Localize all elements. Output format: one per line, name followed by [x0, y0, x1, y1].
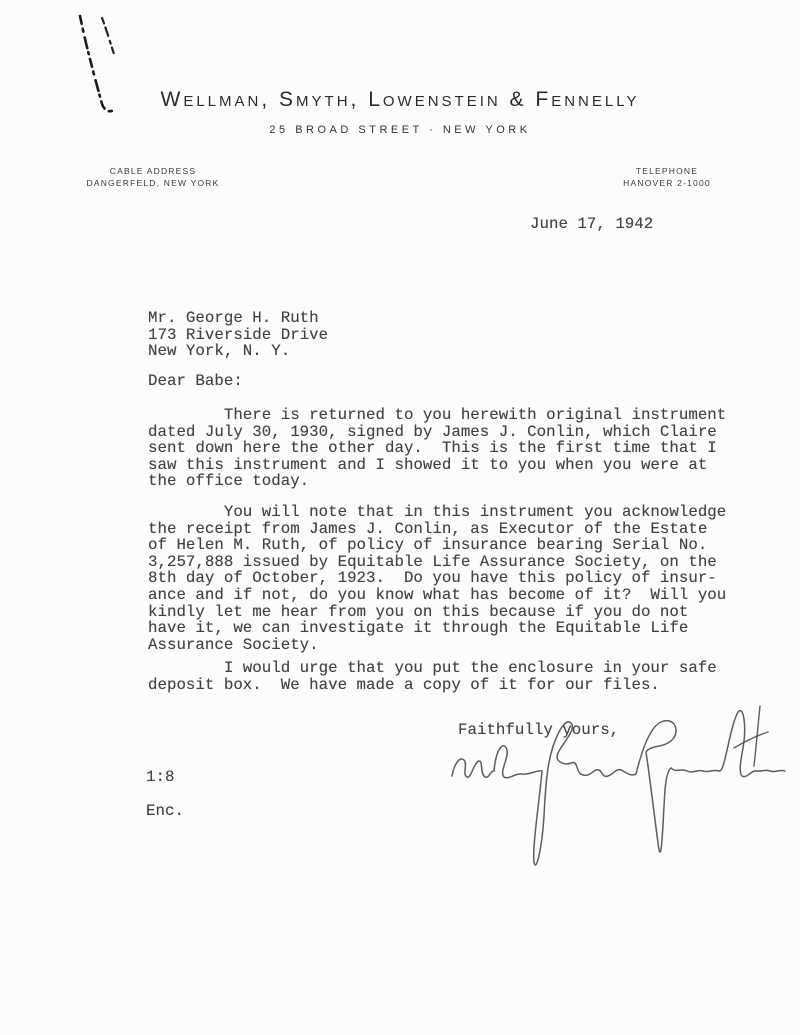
- telephone-label: TELEPHONE: [572, 165, 762, 177]
- telephone-block: TELEPHONE HANOVER 2-1000: [572, 165, 762, 189]
- date-line: June 17, 1942: [530, 216, 653, 233]
- salutation: Dear Babe:: [148, 373, 243, 390]
- body-paragraph-2: You will note that in this instrument yo…: [148, 504, 726, 653]
- body-paragraph-3: I would urge that you put the enclosure …: [148, 660, 717, 693]
- cable-address-block: CABLE ADDRESS DANGERFELD, NEW YORK: [58, 165, 248, 189]
- firm-street-address: 25 BROAD STREET · NEW YORK: [0, 124, 800, 136]
- recipient-address: Mr. George H. Ruth 173 Riverside Drive N…: [148, 310, 328, 360]
- cable-address-value: DANGERFELD, NEW YORK: [58, 177, 248, 189]
- typist-reference: 1:8: [146, 769, 174, 786]
- body-paragraph-1: There is returned to you herewith origin…: [148, 407, 726, 490]
- firm-name: Wellman, Smyth, Lowenstein & Fennelly: [0, 88, 800, 112]
- enclosure-notation: Enc.: [146, 803, 184, 820]
- cable-address-label: CABLE ADDRESS: [58, 165, 248, 177]
- telephone-value: HANOVER 2-1000: [572, 177, 762, 189]
- letter-page: Wellman, Smyth, Lowenstein & Fennelly 25…: [0, 0, 800, 1035]
- signature-script: [438, 700, 798, 890]
